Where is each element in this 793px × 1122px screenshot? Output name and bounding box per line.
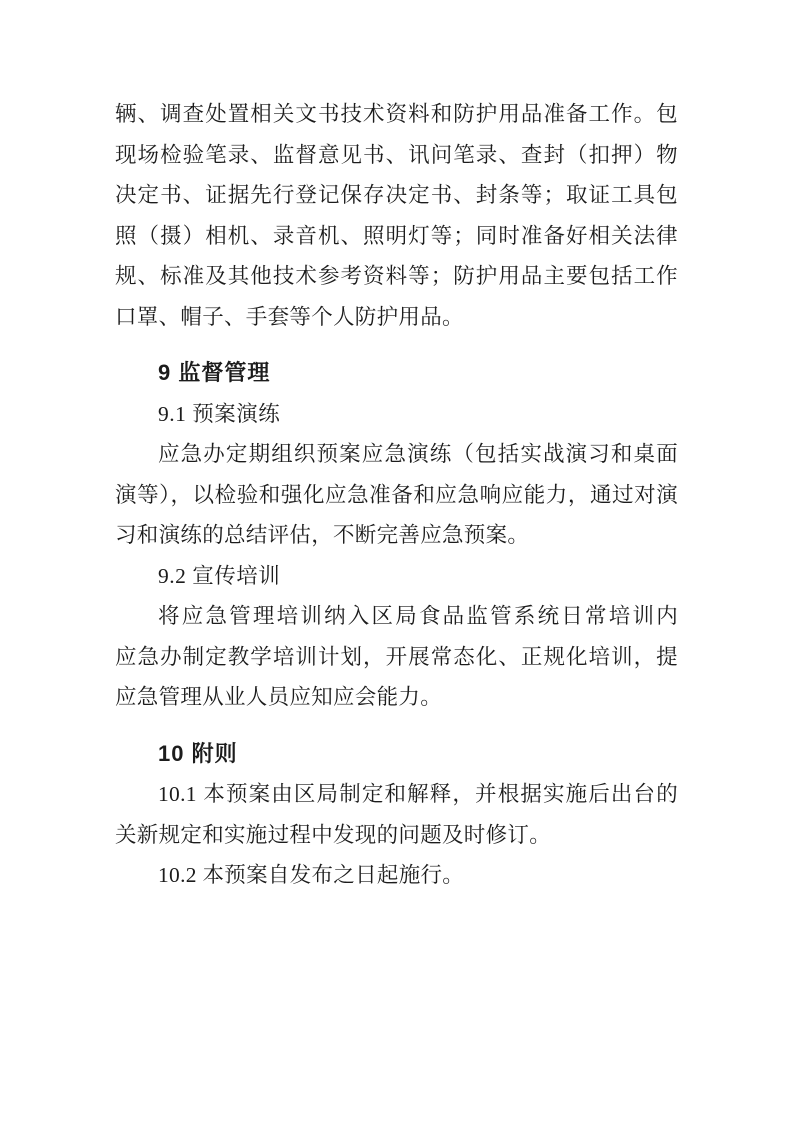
body-text-line: 口罩、帽子、手套等个人防护用品。: [115, 297, 678, 338]
clause-10-1-line: 关新规定和实施过程中发现的问题及时修订。: [115, 815, 678, 856]
body-text-line: 辆、调查处置相关文书技术资料和防护用品准备工作。包括: [115, 94, 678, 135]
section-10-heading: 10 附则: [115, 734, 678, 775]
section-9-1-heading: 9.1 预案演练: [115, 394, 678, 435]
body-text-line: 应急办制定教学培训计划，开展常态化、正规化培训，提高: [115, 637, 678, 678]
body-text-line: 规、标准及其他技术参考资料等；防护用品主要包括工作衣、: [115, 256, 678, 297]
body-text-line: 照（摄）相机、录音机、照明灯等；同时准备好相关法律法: [115, 216, 678, 257]
body-text-line: 决定书、证据先行登记保存决定书、封条等；取证工具包括: [115, 175, 678, 216]
body-text-line: 将应急管理培训纳入区局食品监管系统日常培训内容，: [115, 596, 678, 637]
body-text-line: 应急办定期组织预案应急演练（包括实战演习和桌面推: [115, 434, 678, 475]
section-9-2-heading: 9.2 宣传培训: [115, 556, 678, 597]
body-text-line: 应急管理从业人员应知应会能力。: [115, 677, 678, 718]
clause-10-1-line: 10.1 本预案由区局制定和解释，并根据实施后出台的有: [115, 774, 678, 815]
body-text-line: 演等），以检验和强化应急准备和应急响应能力，通过对演: [115, 475, 678, 516]
body-text-line: 习和演练的总结评估，不断完善应急预案。: [115, 515, 678, 556]
section-9-heading: 9 监督管理: [115, 353, 678, 394]
body-text-line: 现场检验笔录、监督意见书、讯问笔录、查封（扣押）物品: [115, 135, 678, 176]
document-page: 辆、调查处置相关文书技术资料和防护用品准备工作。包括 现场检验笔录、监督意见书、…: [0, 0, 793, 1122]
clause-10-2-line: 10.2 本预案自发布之日起施行。: [115, 855, 678, 896]
